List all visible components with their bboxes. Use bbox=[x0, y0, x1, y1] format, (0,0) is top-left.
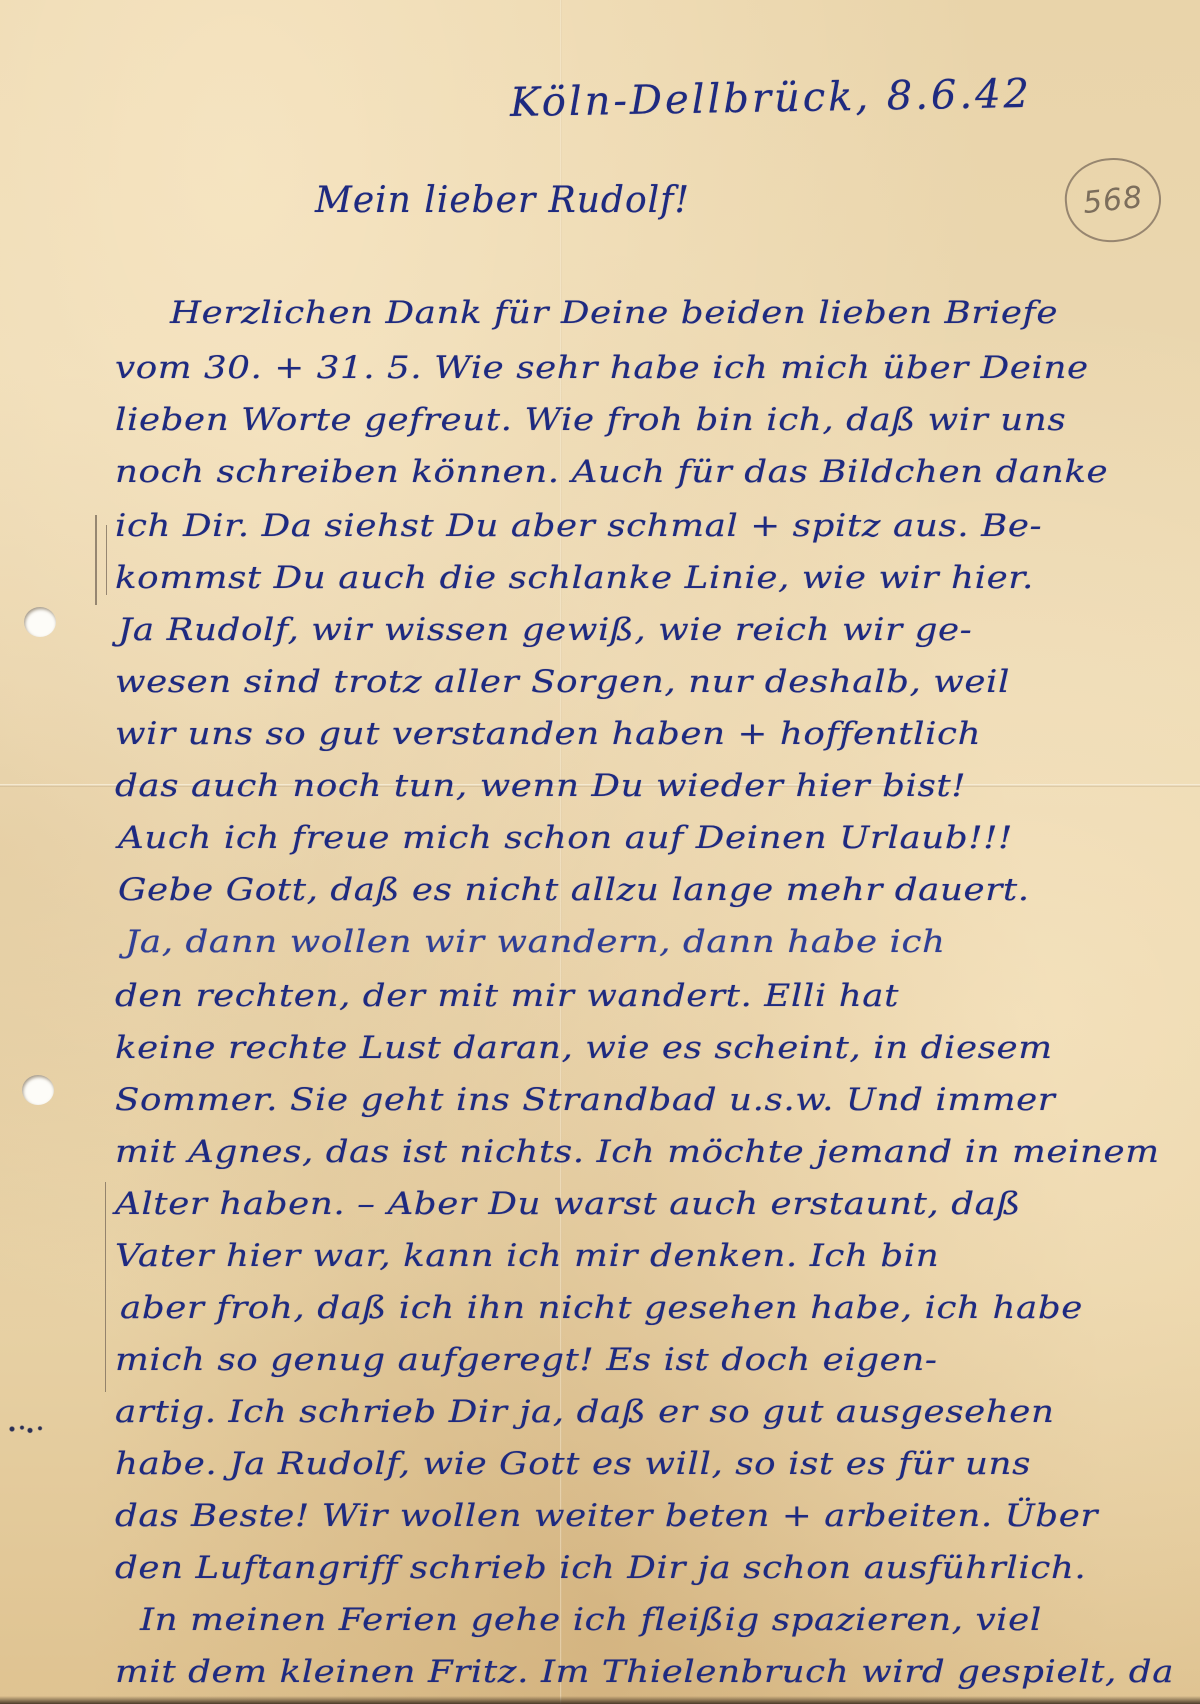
body-line-26: In meinen Ferien gehe ich fleißig spazie… bbox=[140, 1602, 1042, 1638]
punch-hole-upper bbox=[24, 607, 56, 637]
body-line-13: Ja, dann wollen wir wandern, dann habe i… bbox=[125, 924, 946, 960]
body-line-21: mich so genug aufgeregt! Es ist doch eig… bbox=[115, 1342, 938, 1378]
punch-hole-lower bbox=[22, 1075, 54, 1105]
body-line-22: artig. Ich schrieb Dir ja, daß er so gut… bbox=[115, 1394, 1054, 1430]
body-line-12: Gebe Gott, daß es nicht allzu lange mehr… bbox=[118, 872, 1030, 908]
paper-bottom-edge bbox=[0, 1696, 1200, 1704]
body-line-14: den rechten, der mit mir wandert. Elli h… bbox=[115, 978, 899, 1014]
body-line-11: Auch ich freue mich schon auf Deinen Url… bbox=[118, 820, 1013, 856]
pencil-margin-bracket-inner bbox=[106, 525, 107, 595]
body-line-18: Alter haben. – Aber Du warst auch erstau… bbox=[115, 1186, 1021, 1222]
body-line-6: kommst Du auch die schlanke Linie, wie w… bbox=[115, 560, 1034, 596]
body-line-8: wesen sind trotz aller Sorgen, nur desha… bbox=[115, 664, 1010, 700]
body-line-23: habe. Ja Rudolf, wie Gott es will, so is… bbox=[115, 1446, 1031, 1482]
body-line-27: mit dem kleinen Fritz. Im Thielenbruch w… bbox=[115, 1654, 1174, 1690]
body-line-3: lieben Worte gefreut. Wie froh bin ich, … bbox=[115, 402, 1066, 438]
body-line-5: ich Dir. Da siehst Du aber schmal + spit… bbox=[115, 508, 1042, 544]
pencil-margin-bracket bbox=[95, 515, 97, 605]
body-line-9: wir uns so gut verstanden haben + hoffen… bbox=[115, 716, 981, 752]
place-date-line: Köln-Dellbrück, 8.6.42 bbox=[510, 71, 1033, 126]
body-line-24: das Beste! Wir wollen weiter beten + arb… bbox=[115, 1498, 1098, 1534]
body-line-17: mit Agnes, das ist nichts. Ich möchte je… bbox=[115, 1134, 1160, 1170]
body-line-16: Sommer. Sie geht ins Strandbad u.s.w. Un… bbox=[115, 1082, 1055, 1118]
body-line-15: keine rechte Lust daran, wie es scheint,… bbox=[115, 1030, 1053, 1066]
letter-page: 568 Köln-Dellbrück, 8.6.42 Mein lieber R… bbox=[0, 0, 1200, 1704]
archive-number: 568 bbox=[1081, 179, 1145, 220]
archive-number-circle: 568 bbox=[1061, 153, 1165, 247]
body-line-20: aber froh, daß ich ihn nicht gesehen hab… bbox=[120, 1290, 1083, 1326]
body-line-19: Vater hier war, kann ich mir denken. Ich… bbox=[115, 1238, 939, 1274]
body-line-25: den Luftangriff schrieb ich Dir ja schon… bbox=[115, 1550, 1086, 1586]
body-line-2: vom 30. + 31. 5. Wie sehr habe ich mich … bbox=[115, 350, 1089, 386]
body-line-10: das auch noch tun, wenn Du wieder hier b… bbox=[115, 768, 966, 804]
body-line-1: Herzlichen Dank für Deine beiden lieben … bbox=[170, 295, 1058, 331]
ink-specks bbox=[8, 1422, 48, 1436]
salutation: Mein lieber Rudolf! bbox=[315, 180, 690, 221]
pencil-margin-line bbox=[105, 1182, 106, 1392]
body-line-7: Ja Rudolf, wir wissen gewiß, wie reich w… bbox=[118, 612, 972, 648]
body-line-4: noch schreiben können. Auch für das Bild… bbox=[115, 454, 1108, 490]
